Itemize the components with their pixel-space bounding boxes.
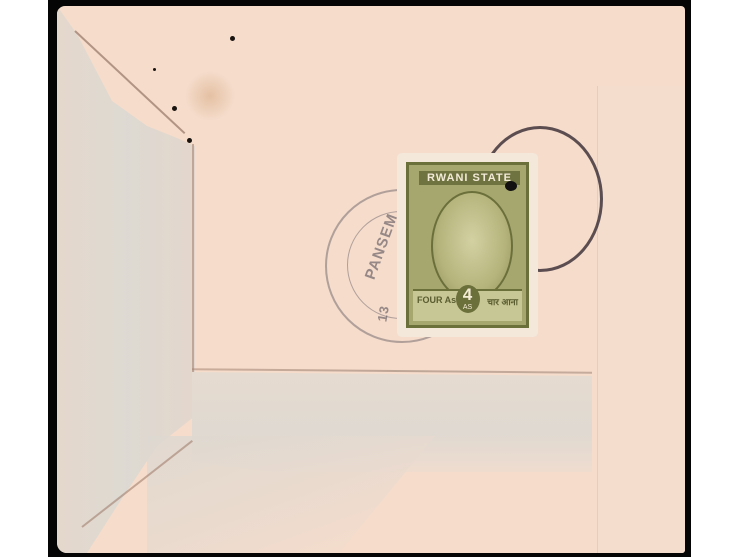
ink-dot: [187, 138, 192, 143]
stamp-value-circle: 4 AS: [456, 285, 480, 313]
stamp-value-number: 4: [456, 286, 480, 304]
stamp-value-unit: AS: [456, 304, 480, 311]
ink-dot: [230, 36, 235, 41]
postmark-left-date: 13: [374, 304, 392, 323]
stamp-value-right: चार आना: [487, 295, 518, 308]
envelope: PANSEM 13 RWANI STATE FOUR As 4 AS चार आ…: [57, 6, 685, 553]
ink-dot: [172, 106, 177, 111]
stamp-value-panel: FOUR As 4 AS चार आना: [413, 289, 522, 321]
stain: [185, 71, 235, 121]
fold-line-vertical: [192, 144, 194, 372]
ink-blot: [505, 181, 517, 191]
stamp-value-left: FOUR As: [417, 295, 456, 305]
right-flap: [597, 86, 685, 553]
ink-dot: [153, 68, 156, 71]
